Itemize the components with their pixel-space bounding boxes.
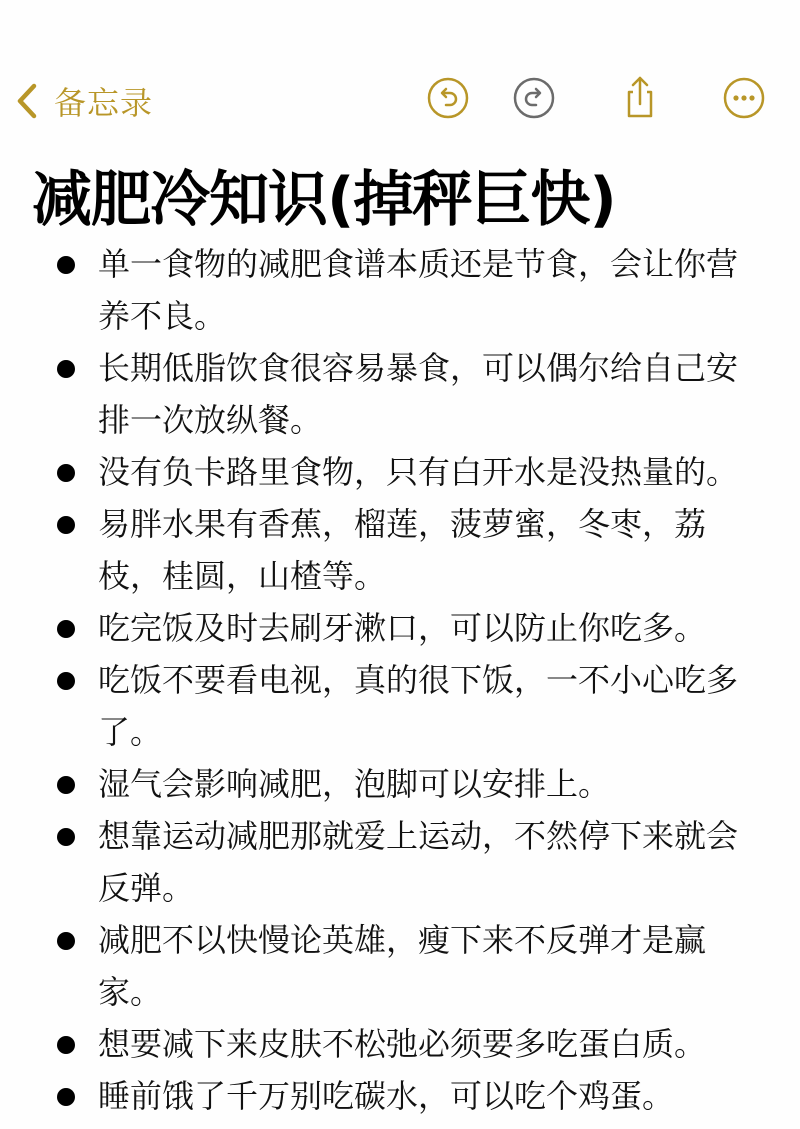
list-item: 吃饭不要看电视，真的很下饭，一不小心吃多了。 (0, 654, 800, 758)
list-item: 减肥不以快慢论英雄，瘦下来不反弹才是赢家。 (0, 914, 800, 1018)
item-text: 单一食物的减肥食谱本质还是节食，会让你营养不良。 (98, 245, 738, 335)
bullet-icon (57, 620, 75, 638)
list-item: 长期低脂饮食很容易暴食，可以偶尔给自己安排一次放纵餐。 (0, 342, 800, 446)
list-item: 单一食物的减肥食谱本质还是节食，会让你营养不良。 (0, 238, 800, 342)
redo-button[interactable] (512, 76, 556, 120)
bullet-icon (57, 360, 75, 378)
bullet-icon (57, 256, 75, 274)
list-item: 睡前饿了千万别吃碳水，可以吃个鸡蛋。 (0, 1070, 800, 1122)
share-button[interactable] (618, 76, 662, 120)
redo-icon (512, 76, 556, 120)
back-button[interactable]: 备忘录 (14, 78, 153, 124)
undo-button[interactable] (426, 76, 470, 120)
list-item: 吃完饭及时去刷牙漱口，可以防止你吃多。 (0, 602, 800, 654)
item-text: 吃完饭及时去刷牙漱口，可以防止你吃多。 (98, 609, 706, 647)
bullet-icon (57, 776, 75, 794)
item-text: 湿气会影响减肥，泡脚可以安排上。 (98, 765, 610, 803)
list-item: 没有负卡路里食物，只有白开水是没热量的。 (0, 446, 800, 498)
bullet-icon (57, 672, 75, 690)
bullet-icon (57, 932, 75, 950)
note-title: 减肥冷知识(掉秤巨快) (32, 152, 616, 238)
more-icon (722, 76, 766, 120)
bullet-icon (57, 464, 75, 482)
more-button[interactable] (722, 76, 766, 120)
bullet-icon (57, 828, 75, 846)
item-text: 减肥不以快慢论英雄，瘦下来不反弹才是赢家。 (98, 921, 706, 1011)
item-text: 易胖水果有香蕉，榴莲，菠萝蜜，冬枣，荔枝，桂圆，山楂等。 (98, 505, 706, 595)
bullet-icon (57, 1088, 75, 1106)
item-text: 想要减下来皮肤不松弛必须要多吃蛋白质。 (98, 1025, 706, 1063)
bullet-icon (57, 1036, 75, 1054)
item-text: 睡前饿了千万别吃碳水，可以吃个鸡蛋。 (98, 1077, 674, 1115)
item-text: 长期低脂饮食很容易暴食，可以偶尔给自己安排一次放纵餐。 (98, 349, 738, 439)
navigation-bar: 备忘录 (0, 70, 800, 130)
share-icon (618, 76, 662, 120)
back-label: 备忘录 (54, 78, 153, 124)
bullet-icon (57, 516, 75, 534)
undo-icon (426, 76, 470, 120)
list-item: 易胖水果有香蕉，榴莲，菠萝蜜，冬枣，荔枝，桂圆，山楂等。 (0, 498, 800, 602)
list-item: 想要减下来皮肤不松弛必须要多吃蛋白质。 (0, 1018, 800, 1070)
list-item: 想靠运动减肥那就爱上运动，不然停下来就会反弹。 (0, 810, 800, 914)
note-bullet-list[interactable]: 单一食物的减肥食谱本质还是节食，会让你营养不良。 长期低脂饮食很容易暴食，可以偶… (0, 238, 800, 1122)
item-text: 想靠运动减肥那就爱上运动，不然停下来就会反弹。 (98, 817, 738, 907)
item-text: 没有负卡路里食物，只有白开水是没热量的。 (98, 453, 738, 491)
item-text: 吃饭不要看电视，真的很下饭，一不小心吃多了。 (98, 661, 738, 751)
chevron-left-icon (14, 81, 40, 121)
list-item: 湿气会影响减肥，泡脚可以安排上。 (0, 758, 800, 810)
